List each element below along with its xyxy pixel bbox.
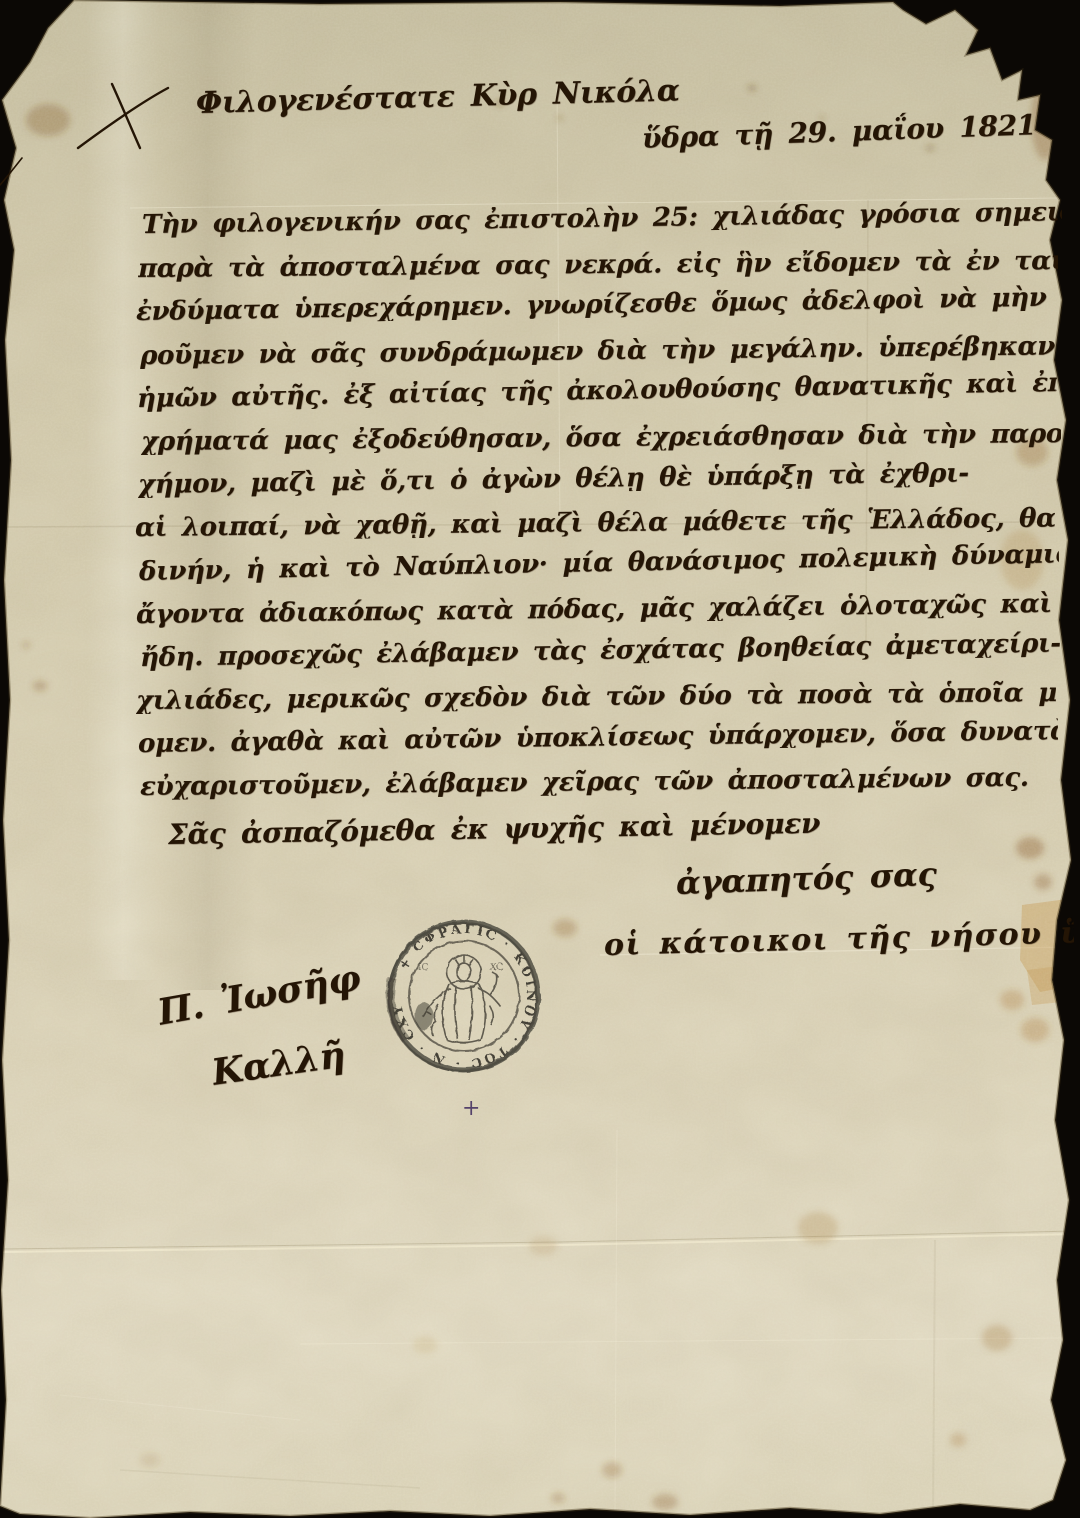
christogram-right: ΧC [490,963,503,973]
manuscript-photo: + CΦΡΑΓΙC · ΚΟΙΝΟΥ · ΤΟC · Ν · CΧΥΔΡΑC [0,0,1080,1518]
paper-sheet: + CΦΡΑΓΙC · ΚΟΙΝΟΥ · ΤΟC · Ν · CΧΥΔΡΑC [0,0,1080,1518]
christogram-left: ΙC [418,963,429,973]
